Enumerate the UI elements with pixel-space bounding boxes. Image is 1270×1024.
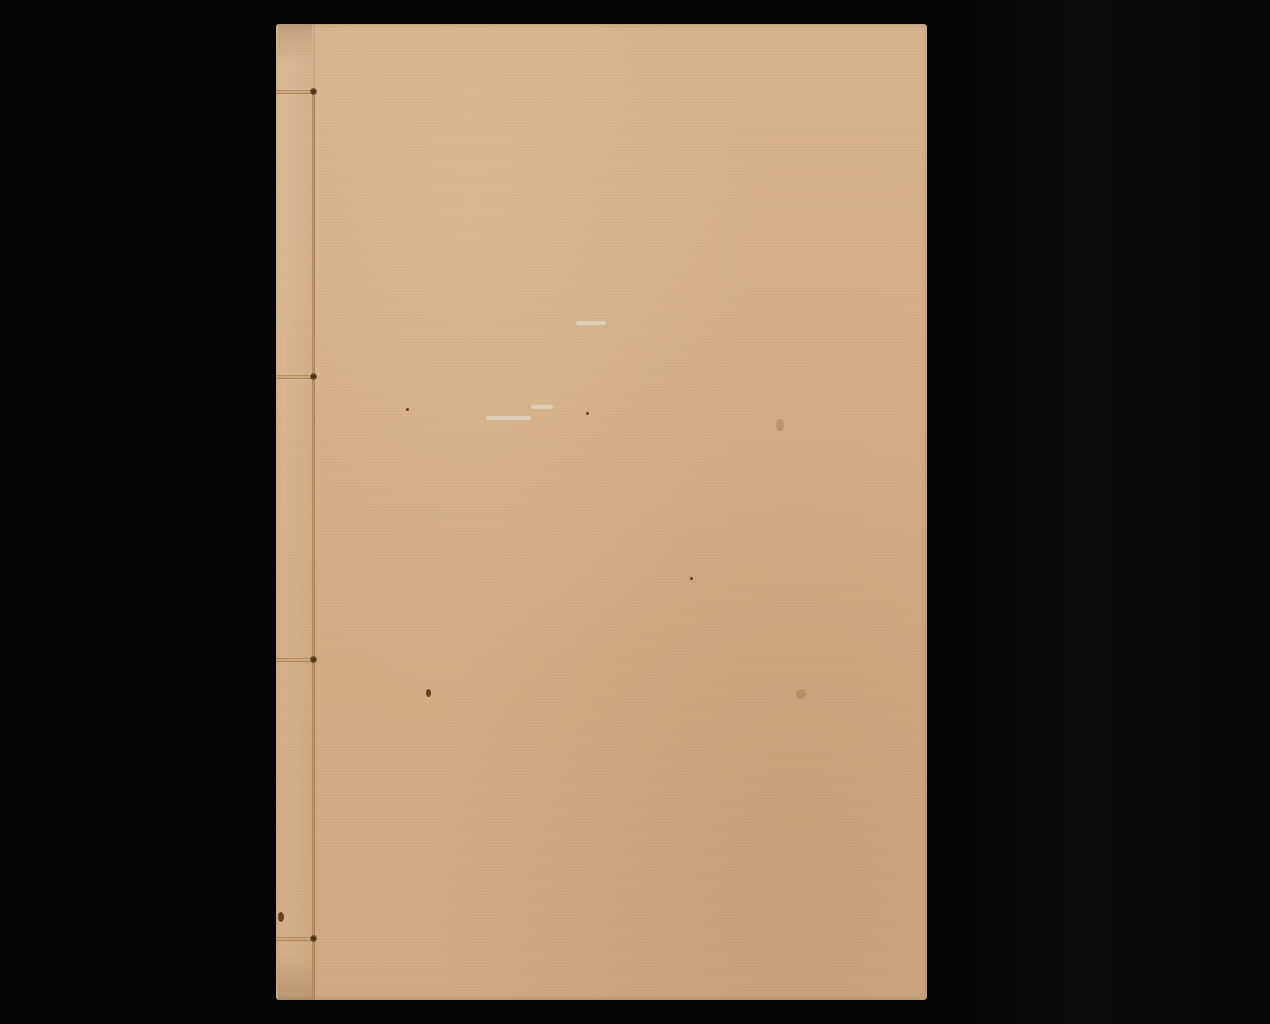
cover-blemish [406, 408, 409, 411]
photo-backdrop [0, 0, 1270, 1024]
stitch-hole [310, 88, 317, 95]
cover-blemish [278, 912, 284, 922]
spine-thread [312, 90, 315, 1000]
cover-blemish [486, 416, 531, 420]
stitch-thread [276, 658, 314, 662]
stitch-hole [310, 373, 317, 380]
cover-blemish [531, 405, 553, 409]
stitch-hole [310, 935, 317, 942]
cover-blemish [796, 689, 806, 699]
binding-stitch [276, 375, 316, 380]
cover-blemish [576, 321, 606, 325]
stitch-hole [310, 656, 317, 663]
background-shadow [960, 0, 1270, 1024]
cover-blemish [426, 689, 431, 697]
cover-blemish [690, 577, 693, 580]
book-spine [276, 24, 315, 1000]
binding-stitch [276, 90, 316, 95]
stitch-thread [276, 937, 314, 941]
stitch-thread [276, 90, 314, 94]
stitch-thread [276, 375, 314, 379]
cover-blemish [776, 419, 784, 431]
binding-stitch [276, 658, 316, 663]
top-corner-wear [278, 24, 312, 84]
book-cover [276, 24, 927, 1000]
cover-blemish [586, 412, 589, 415]
binding-stitch [276, 937, 316, 942]
